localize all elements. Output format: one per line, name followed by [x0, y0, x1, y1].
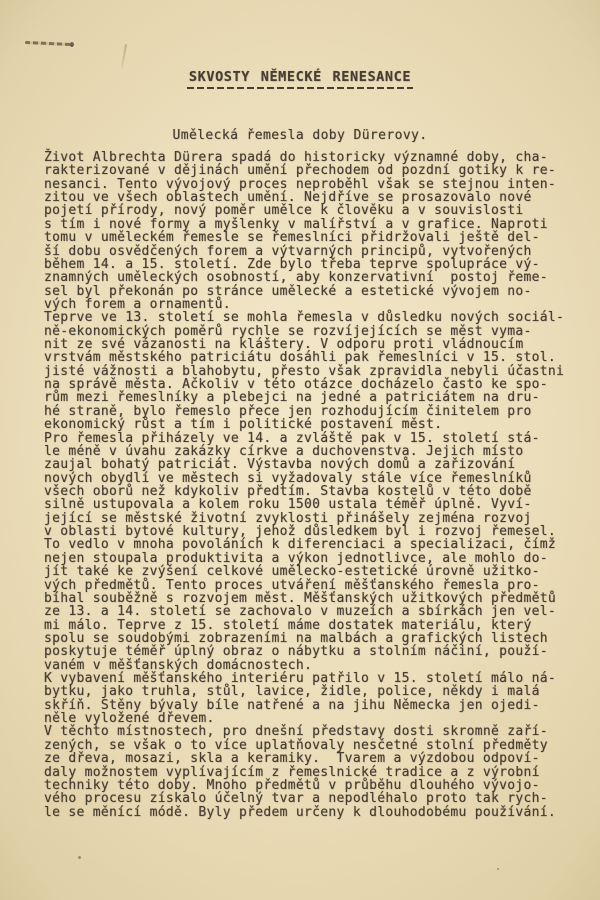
staple-mark [25, 41, 72, 46]
text-line: znamných uměleckých osobností, aby konze… [44, 271, 584, 284]
text-line: jít také ke zvýšení celkové umělecko-est… [44, 565, 584, 578]
text-line: daly možnostem vyplívajícím z řemeslnick… [44, 766, 584, 779]
text-line: sel byl překonán po stránce umělecké a e… [44, 285, 584, 298]
text-line: V těchto místnostech, pro dnešní předsta… [44, 725, 584, 738]
text-line: nových obydlí ve městech si vyžadovaly s… [44, 472, 584, 485]
paper-speck [78, 856, 81, 859]
document-title: SKVOSTY NĚMECKÉ RENESANCE [187, 69, 413, 89]
text-line: le se měnící módě. Byly předem určeny k … [44, 806, 584, 819]
subtitle-row: Umělecká řemesla doby Dürerovy. [0, 124, 600, 143]
document-page: SKVOSTY NĚMECKÉ RENESANCE Umělecká řemes… [0, 0, 600, 900]
text-line: vého procesu získalo účelný tvar a nepod… [44, 792, 584, 805]
document-subtitle: Umělecká řemesla doby Dürerovy. [172, 128, 427, 143]
document-body: Život Albrechta Dürera spadá do historic… [44, 151, 584, 819]
text-line: poskytuje téměř úplný obraz o nábytku a … [44, 645, 584, 658]
paper-speck [497, 868, 499, 870]
text-line: silně ustupovala a kolem roku 1500 ustal… [44, 498, 584, 511]
text-line: tomu v uměleckém řemesle se řemeslníci p… [44, 231, 584, 244]
text-line: ší dobu osvědčených forem a výtvarných p… [44, 245, 584, 258]
text-line: ze dřeva, mosazi, skla a keramiky. Tvare… [44, 752, 584, 765]
text-line: To vedlo v mnoha povoláních k diferencia… [44, 538, 584, 551]
title-row: SKVOSTY NĚMECKÉ RENESANCE [0, 66, 600, 89]
text-line: bytku, jako truhla, stůl, lavice, židle,… [44, 685, 584, 698]
scratch-mark [121, 44, 127, 68]
text-line: ze 13. a 14. století se zachovalo v muze… [44, 605, 584, 618]
text-line: vých předmětů. Tento proces utváření měš… [44, 579, 584, 592]
text-line: rům mezi řemeslníky a plebejci na jedné … [44, 391, 584, 404]
text-line: pojetí přírody, nový poměr umělce k člov… [44, 204, 584, 217]
text-line: vaném v měšťanských domácnostech. [44, 659, 584, 672]
text-line: mi málo. Teprve z 15. století máme dosta… [44, 619, 584, 632]
text-line: zaujal bohatý patriciát. Výstavba nových… [44, 458, 584, 471]
text-line: vrstvám městského patriciátu dosáhli pak… [44, 351, 584, 364]
text-line: ekonomický růst a tím i politické postav… [44, 418, 584, 431]
text-line: Teprve ve 13. století se mohla řemesla v… [44, 311, 584, 324]
text-line: Pro řemesla přiházely ve 14. a zvláště p… [44, 432, 584, 445]
text-line: rakterizované v dějinách umění přechodem… [44, 164, 584, 177]
